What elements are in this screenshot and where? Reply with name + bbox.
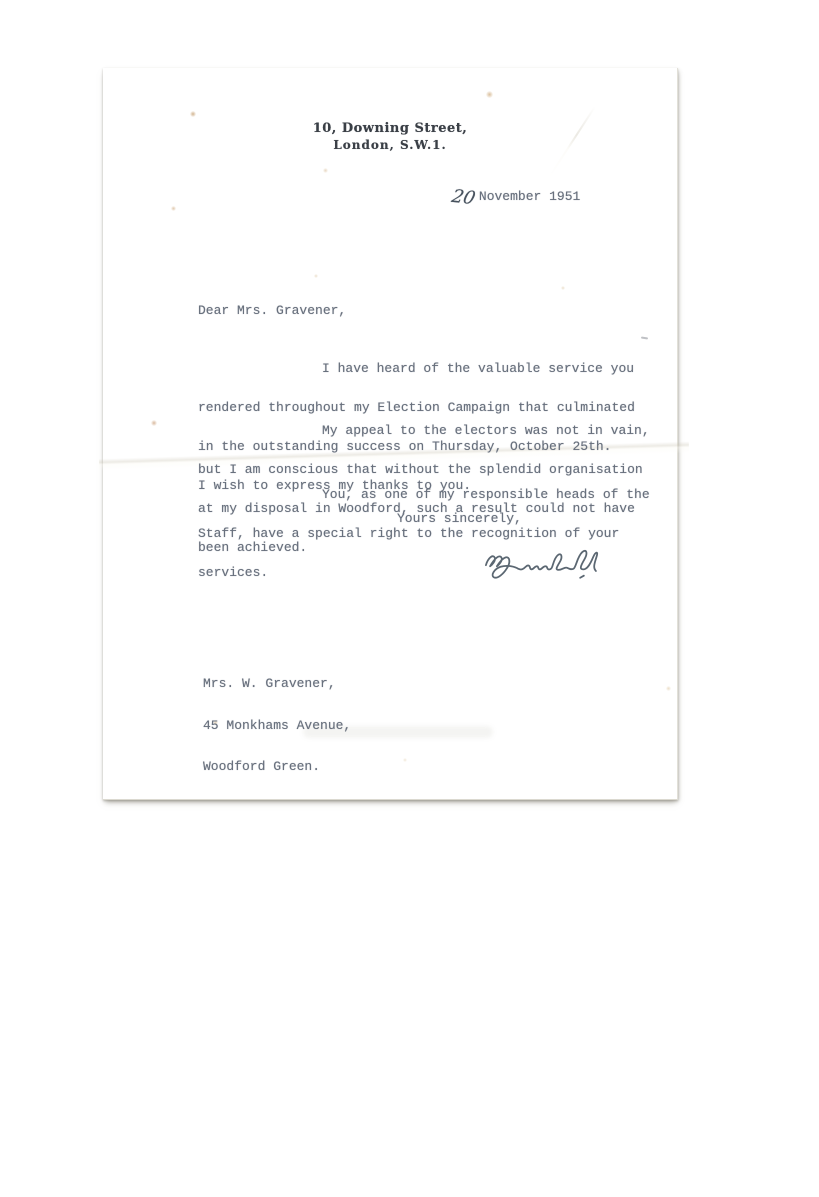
foxing-spot bbox=[486, 91, 493, 98]
address-line: Woodford Green. bbox=[203, 759, 351, 775]
scan-background: 10, Downing Street, London, S.W.1. 20Nov… bbox=[0, 0, 819, 1197]
letterhead-street: 10, Downing Street, bbox=[103, 121, 677, 137]
foxing-spot bbox=[314, 274, 318, 278]
foxing-spot bbox=[190, 111, 196, 117]
foxing-spot bbox=[666, 686, 671, 691]
typed-date: November 1951 bbox=[479, 189, 580, 204]
foxing-spot bbox=[171, 206, 176, 211]
closing: Yours sincerely, bbox=[397, 512, 522, 525]
address-line: Mrs. W. Gravener, bbox=[203, 676, 351, 692]
foxing-spot bbox=[151, 420, 157, 426]
letter-paragraph: You, as one of my responsible heads of t… bbox=[198, 462, 650, 605]
foxing-spot bbox=[561, 286, 565, 290]
letter-line: You, as one of my responsible heads of t… bbox=[198, 488, 650, 501]
date-line: 20November 1951 bbox=[452, 187, 580, 208]
signature-ink bbox=[480, 539, 628, 583]
address-line: 45 Monkhams Avenue, bbox=[203, 718, 351, 734]
letter-page: 10, Downing Street, London, S.W.1. 20Nov… bbox=[103, 68, 678, 800]
letter-line: I have heard of the valuable service you bbox=[198, 362, 635, 375]
foxing-spot bbox=[403, 758, 407, 762]
letterhead: 10, Downing Street, London, S.W.1. bbox=[103, 121, 677, 154]
handwritten-day: 20 bbox=[449, 186, 477, 209]
salutation: Dear Mrs. Gravener, bbox=[198, 304, 346, 317]
foxing-spot bbox=[323, 168, 328, 173]
pencil-mark bbox=[641, 336, 648, 339]
signature-stroke bbox=[486, 551, 597, 578]
recipient-address: Mrs. W. Gravener, 45 Monkhams Avenue, Wo… bbox=[203, 650, 351, 801]
letterhead-city: London, S.W.1. bbox=[103, 137, 677, 154]
letter-line: My appeal to the electors was not in vai… bbox=[198, 424, 650, 437]
signature-tick bbox=[580, 576, 584, 578]
